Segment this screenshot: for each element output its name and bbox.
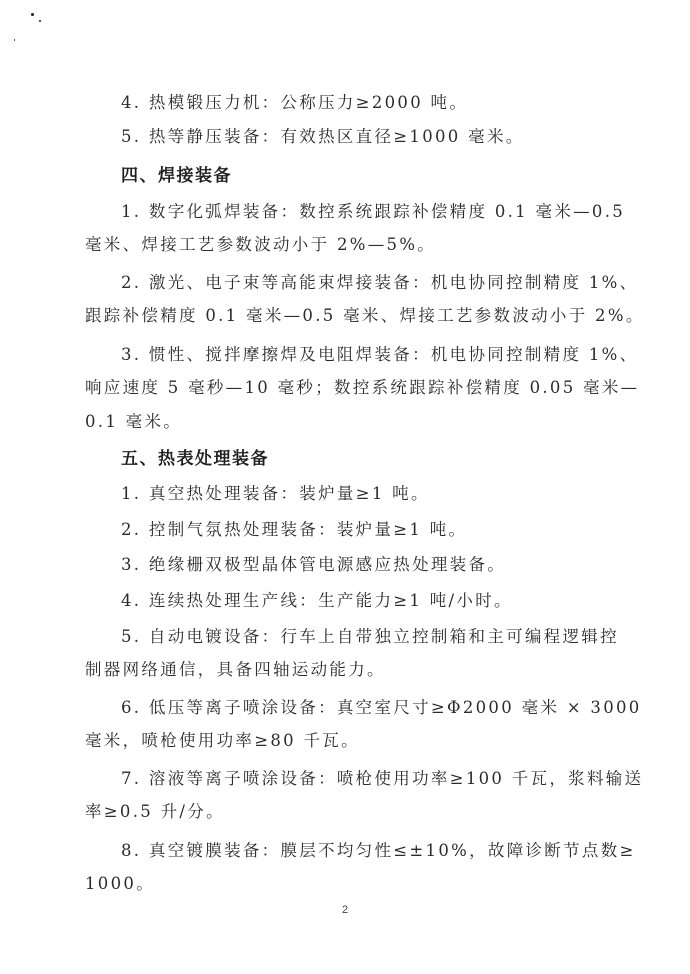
item-continuous-heat-treatment-line: 4. 连续热处理生产线：生产能力≥1 吨/小时。 <box>121 591 641 611</box>
item-vacuum-coating: 8. 真空镀膜装备：膜层不均匀性≤±10%，故障诊断节点数≥ <box>121 841 641 861</box>
item-hot-die-forging-press: 4. 热模锻压力机：公称压力≥2000 吨。 <box>121 93 641 113</box>
item-igbt-induction-heat-treatment: 3. 绝缘栅双极型晶体管电源感应热处理装备。 <box>121 555 641 575</box>
item-friction-resistance-welding: 3. 惯性、搅拌摩擦焊及电阻焊装备：机电协同控制精度 1%、 <box>121 345 641 365</box>
item-high-energy-beam-welding: 2. 激光、电子束等高能束焊接装备：机电协同控制精度 1%、 <box>121 273 641 293</box>
section-heading-welding: 四、焊接装备 <box>121 166 641 186</box>
item-high-energy-beam-welding-cont: 跟踪补偿精度 0.1 毫米—0.5 毫米、焊接工艺参数波动小于 2%。 <box>85 306 605 326</box>
item-friction-resistance-welding-cont2: 0.1 毫米。 <box>85 412 605 432</box>
page-number: 2 <box>0 904 690 916</box>
item-friction-resistance-welding-cont: 响应速度 5 毫秒—10 毫秒；数控系统跟踪补偿精度 0.05 毫米— <box>85 378 605 398</box>
item-hot-isostatic-press: 5. 热等静压装备：有效热区直径≥1000 毫米。 <box>121 127 641 147</box>
document-page: 4. 热模锻压力机：公称压力≥2000 吨。 5. 热等静压装备：有效热区直径≥… <box>0 0 690 974</box>
scan-speck <box>39 20 41 22</box>
scan-speck <box>14 39 15 41</box>
item-solution-plasma-spraying: 7. 溶液等离子喷涂设备：喷枪使用功率≥100 千瓦，浆料输送 <box>121 769 641 789</box>
scan-speck <box>31 13 34 16</box>
item-low-pressure-plasma-spraying: 6. 低压等离子喷涂设备：真空室尺寸≥Φ2000 毫米 × 3000 <box>121 698 641 718</box>
item-vacuum-heat-treatment: 1. 真空热处理装备：装炉量≥1 吨。 <box>121 484 641 504</box>
item-vacuum-coating-cont: 1000。 <box>85 874 605 894</box>
item-automatic-electroplating: 5. 自动电镀设备：行车上自带独立控制箱和主可编程逻辑控 <box>121 627 641 647</box>
item-controlled-atmosphere-heat-treatment: 2. 控制气氛热处理装备：装炉量≥1 吨。 <box>121 520 641 540</box>
item-automatic-electroplating-cont: 制器网络通信，具备四轴运动能力。 <box>85 660 605 680</box>
item-solution-plasma-spraying-cont: 率≥0.5 升/分。 <box>85 802 605 822</box>
item-low-pressure-plasma-spraying-cont: 毫米，喷枪使用功率≥80 千瓦。 <box>85 731 605 751</box>
section-heading-heat-surface-treatment: 五、热表处理装备 <box>121 449 641 469</box>
item-digital-arc-welding-cont: 毫米、焊接工艺参数波动小于 2%—5%。 <box>85 235 605 255</box>
item-digital-arc-welding: 1. 数字化弧焊装备：数控系统跟踪补偿精度 0.1 毫米—0.5 <box>121 202 641 222</box>
